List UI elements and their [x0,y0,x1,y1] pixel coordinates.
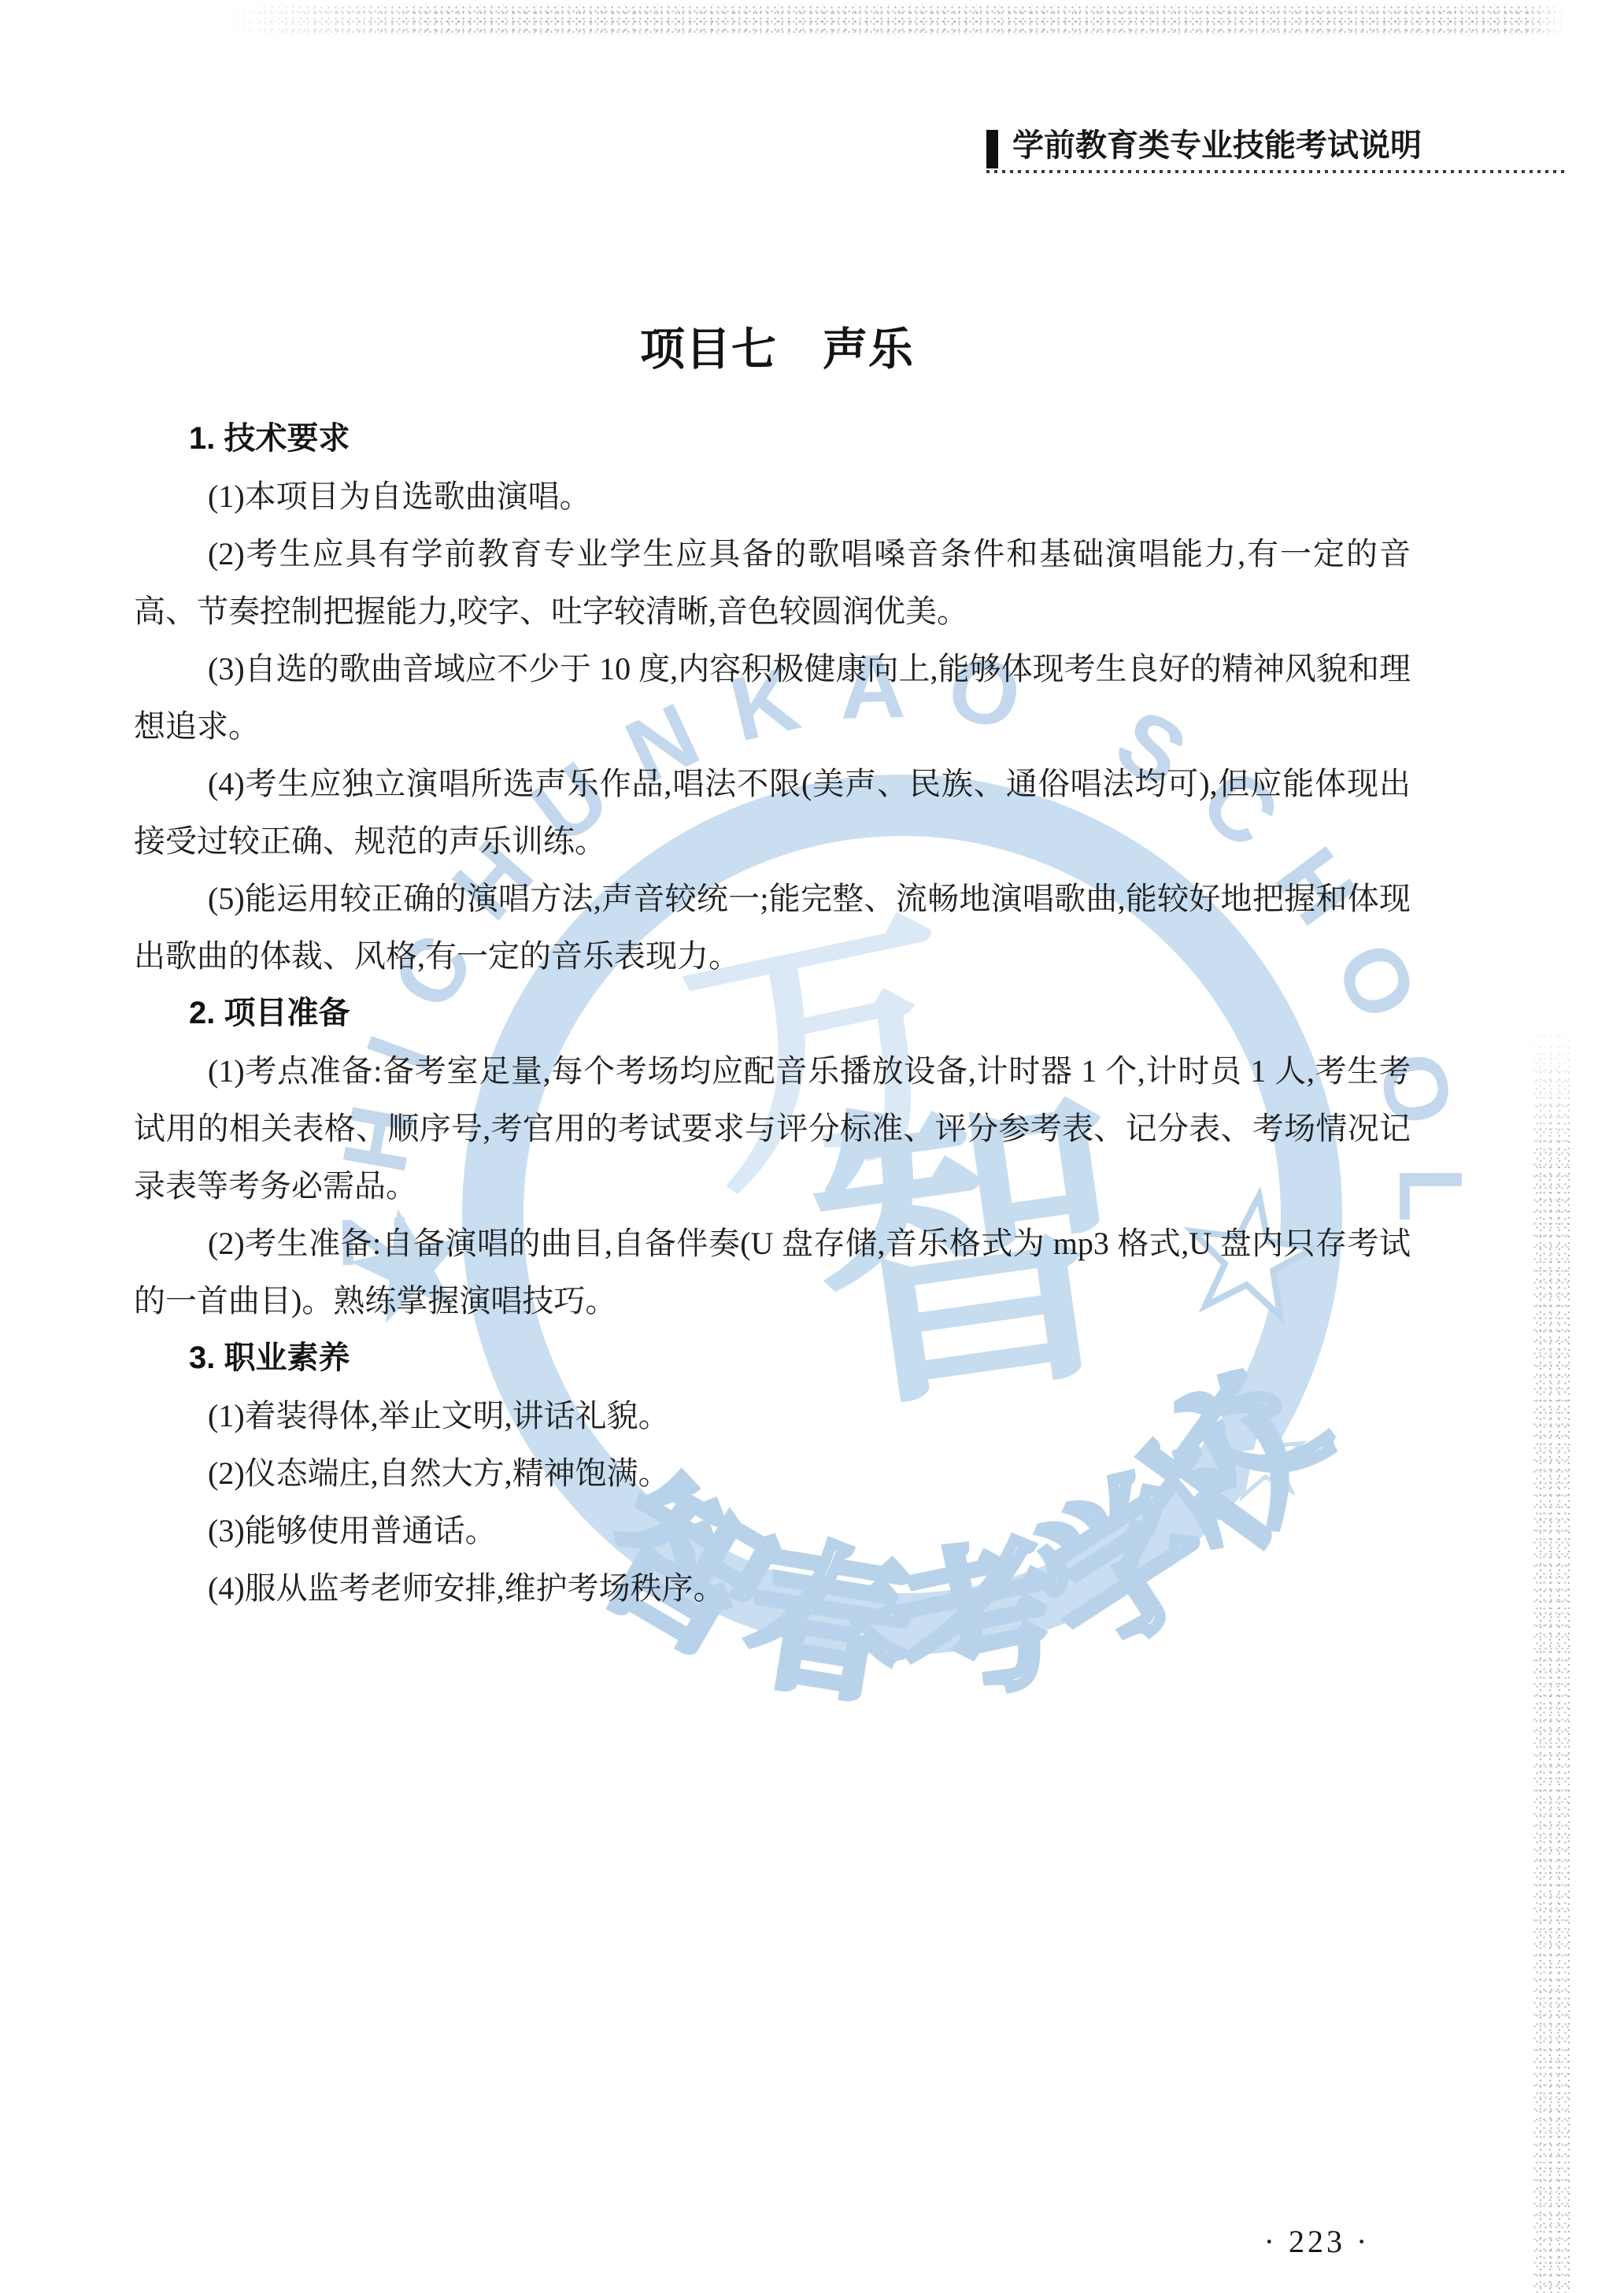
paragraph: (3)自选的歌曲音域应不少于 10 度,内容积极健康向上,能够体现考生良好的精神… [134,640,1411,755]
paragraph: (1)本项目为自选歌曲演唱。 [134,468,1411,525]
dotted-divider [986,170,1565,173]
page-title: 项目七 声乐 [134,313,1420,378]
header-title: 学前教育类专业技能考试说明 [1012,126,1563,165]
paragraph: (4)考生应独立演唱所选声乐作品,唱法不限(美声、民族、通俗唱法均可),但应能体… [134,755,1411,870]
header-bar [986,130,998,168]
page-number: · 223 · [1230,2223,1404,2260]
section-heading: 1. 技术要求 [134,410,1411,468]
paragraph: (1)着装得体,举止文明,讲话礼貌。 [134,1387,1411,1444]
section-heading: 2. 项目准备 [134,985,1411,1042]
section-heading: 3. 职业素养 [134,1330,1411,1387]
paragraph: (2)仪态端庄,自然大方,精神饱满。 [134,1444,1411,1502]
document-page: ZHICHUNKAO SCHOOL 万 智 智春考学校 学前教育类专业技能考试说… [0,0,1624,2293]
paragraph: (3)能够使用普通话。 [134,1502,1411,1559]
paragraph: (2)考生应具有学前教育专业学生应具备的歌唱嗓音条件和基础演唱能力,有一定的音高… [134,525,1411,640]
scan-noise-top [219,5,1567,35]
paragraph: (4)服从监考老师安排,维护考场秩序。 [134,1559,1411,1617]
paragraph: (5)能运用较正确的演唱方法,声音较统一;能完整、流畅地演唱歌曲,能较好地把握和… [134,870,1411,985]
document-body: 1. 技术要求 (1)本项目为自选歌曲演唱。 (2)考生应具有学前教育专业学生应… [134,410,1411,1617]
paragraph: (2)考生准备:自备演唱的曲目,自备伴奏(U 盘存储,音乐格式为 mp3 格式,… [134,1215,1411,1330]
paragraph: (1)考点准备:备考室足量,每个考场均应配音乐播放设备,计时器 1 个,计时员 … [134,1042,1411,1215]
scan-noise-right [1533,1015,1570,2293]
